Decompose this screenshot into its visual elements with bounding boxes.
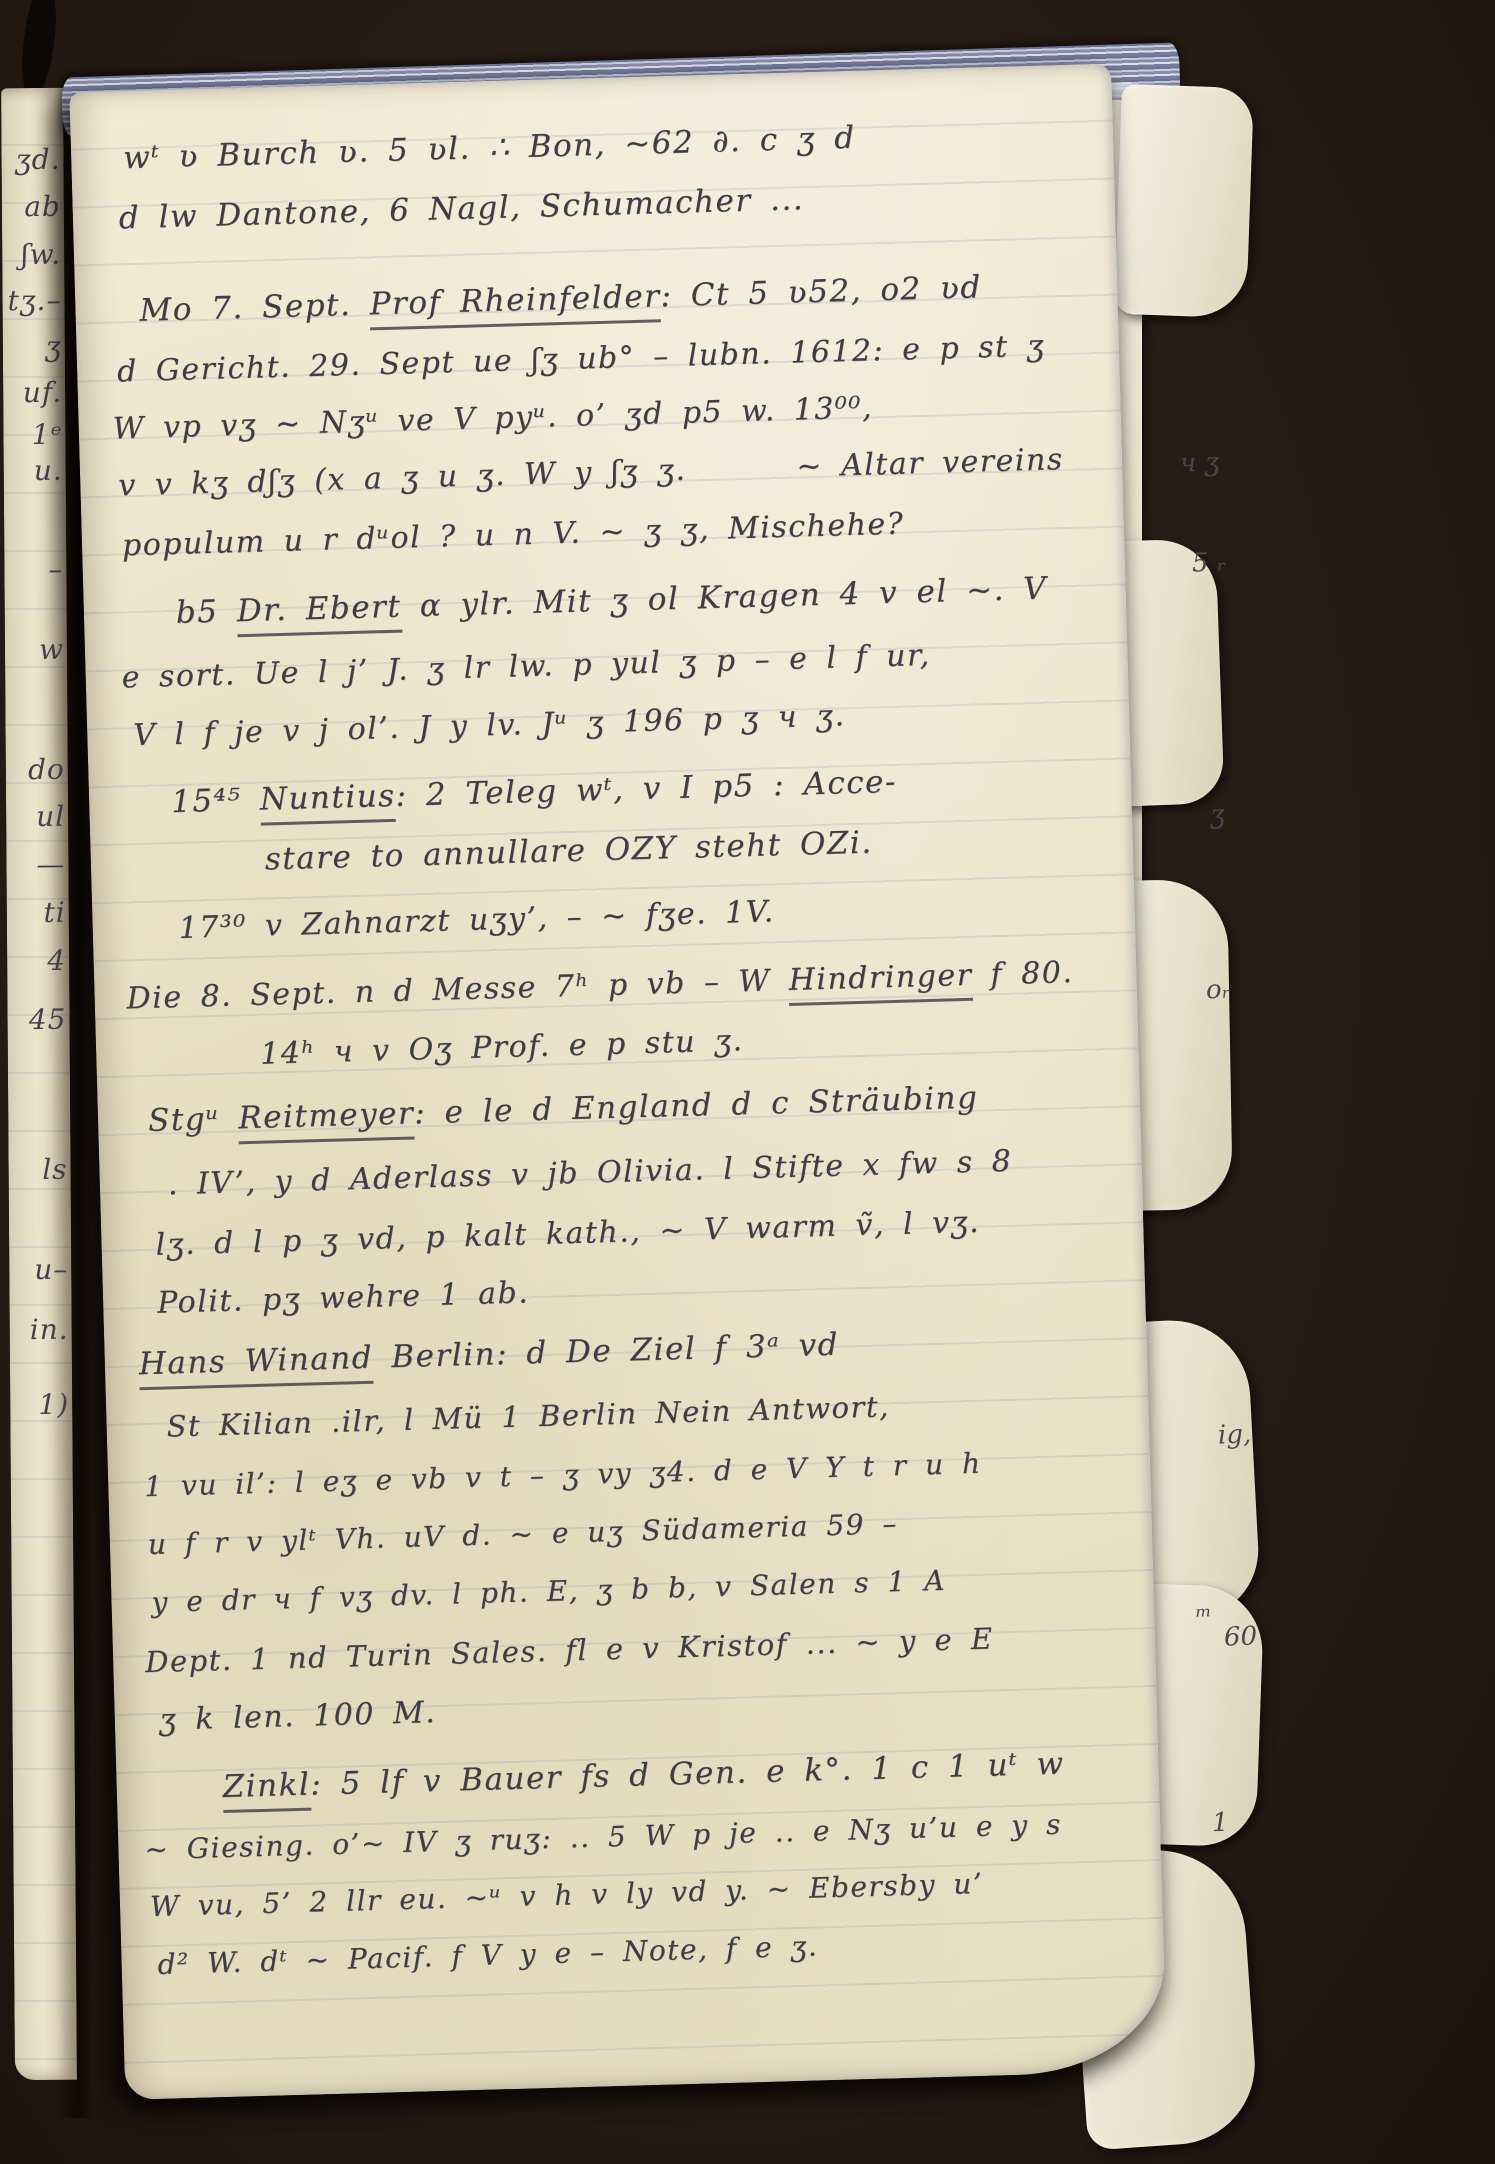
left-sliver-fragment: in. [30, 1313, 69, 1346]
handwriting-line: d lw Dantone, 6 Nagl, Schumacher ... [118, 184, 804, 234]
handwriting-segment: lʒ. d l p ʒ vd, p kalt kath., ~ V warm ṽ… [155, 1205, 980, 1263]
handwriting-segment: V l f je v j ol’. J y lv. Jᵘ ʒ 196 p ʒ ч… [133, 698, 846, 753]
right-edge-fragment: oᵣ [1205, 975, 1231, 1006]
left-sliver-fragment: 1ᵉ [32, 418, 63, 451]
right-edge-fragment: ʒ [1209, 800, 1225, 830]
handwriting-line: d² W. dᵗ ~ Pacif. f V y e – Note, f e ʒ. [157, 1932, 818, 1978]
handwriting-segment: ~ Giesing. o’~ IV ʒ ruʒ: .. 5 W p je .. … [144, 1808, 1062, 1867]
left-sliver-fragment: — [36, 848, 65, 881]
handwriting-segment: W vp vʒ ~ Nʒᵘ ve V pyᵘ. o’ ʒd p5 w. 13⁰⁰… [112, 390, 873, 446]
left-sliver-fragment: – [48, 553, 63, 586]
handwriting-line: Polit. pʒ wehre 1 ab. [157, 1278, 530, 1318]
left-sliver-fragment: u. [34, 454, 63, 487]
left-sliver-fragment: 45 [29, 1003, 67, 1036]
handwriting-line: populum u r dᵘol ? u n V. ~ ʒ ʒ, Mischeh… [122, 510, 905, 562]
left-sliver-fragment: ti [43, 896, 65, 929]
handwriting-line: 15⁴⁵ Nuntius: 2 Teleg wᵗ, v I p5 : Acce- [171, 767, 898, 818]
handwriting-line: u f r v ylᵗ Vh. uV d. ~ e uʒ Südameria 5… [148, 1510, 899, 1559]
handwriting-underlined-name: Hans Winand [138, 1340, 373, 1391]
handwriting-line: stare to annullare OZY steht OZi. [264, 828, 873, 876]
handwriting-segment: Dept. 1 nd Turin Sales. fl e v Kristof .… [145, 1621, 994, 1679]
handwriting-segment: y e dr ч f vʒ dv. l ph. E, ʒ b b, v Sale… [151, 1564, 946, 1619]
handwriting-line: 17³⁰ v Zahnarzt uʒy’, – ~ fʒe. 1V. [178, 897, 775, 944]
right-edge-fragment: ig, [1217, 1419, 1251, 1450]
handwriting-line: Mo 7. Sept. Prof Rheinfelder: Ct 5 ʋ52, … [139, 272, 982, 327]
handwriting-line: ~ Giesing. o’~ IV ʒ ruʒ: .. 5 W p je .. … [144, 1811, 1062, 1865]
handwriting-segment: : e le d England d c Sträubing [414, 1080, 979, 1132]
left-sliver-fragment: w [39, 633, 64, 666]
handwriting-segment: : Ct 5 ʋ52, o2 ʋd [660, 269, 982, 314]
handwriting-line: Hans Winand Berlin: d De Ziel f 3ᵃ vd [138, 1330, 839, 1381]
handwriting-underlined-name: Prof Rheinfelder [369, 278, 661, 330]
handwriting-line: e sort. Ue l j’ J. ʒ lr lw. p yul ʒ p – … [121, 641, 931, 694]
right-edge-fragment: 60 [1223, 1621, 1257, 1652]
handwriting-line: W vp vʒ ~ Nʒᵘ ve V pyᵘ. o’ ʒd p5 w. 13⁰⁰… [112, 393, 873, 444]
left-sliver-fragment: ls [42, 1153, 68, 1186]
left-sliver-fragment: ʃw. [21, 238, 61, 271]
handwriting-line: Zinkl: 5 lf v Bauer fs d Gen. e k°. 1 c … [222, 1749, 1065, 1804]
handwriting-segment: : 2 Teleg wᵗ, v I p5 : Acce- [395, 764, 897, 814]
handwriting-segment: wᵗ ʋ Burch ʋ. 5 ʋl. ∴ Bon, ~62 ∂. c ʒ d [123, 120, 856, 176]
handwriting-line: 1 vu il’: l eʒ e vb v t – ʒ vy ʒ4. d e V… [144, 1450, 982, 1501]
handwriting-segment: Berlin: d De Ziel f 3ᵃ vd [373, 1327, 840, 1376]
handwriting-line: b5 Dr. Ebert α ylr. Mit ʒ ol Kragen 4 v … [175, 574, 1047, 629]
handwriting-line: Die 8. Sept. n d Messe 7ʰ p vb – W Hindr… [126, 958, 1074, 1014]
handwriting-line: W vu, 5’ 2 llr eu. ~ᵘ v h v ly vd y. ~ E… [150, 1870, 984, 1921]
handwriting-segment: Mo 7. Sept. [139, 286, 370, 328]
handwriting-line: v v kʒ dʃʒ (x a ʒ u ʒ. W y ʃʒ ʒ.~ Altar … [118, 445, 1064, 501]
dark-background-streak [17, 0, 60, 97]
handwriting-line: V l f je v j ol’. J y lv. Jᵘ ʒ 196 p ʒ ч… [133, 701, 846, 751]
handwriting-segment: . IV’, y d Aderlass v jb Olivia. l Stift… [167, 1144, 1012, 1203]
scanned-notebook-scene: ʒd.abʃw.tʒ.–ʒuf.1ᵉu.–wdoul—ti445lsu–in.1… [0, 0, 1495, 2164]
handwriting-line: 14ʰ ч v Oʒ Prof. e p stu ʒ. [260, 1026, 744, 1069]
handwriting-line: y e dr ч f vʒ dv. l ph. E, ʒ b b, v Sale… [151, 1567, 946, 1617]
left-sliver-fragment: ul [36, 800, 65, 833]
handwriting-line: d Gericht. 29. Sept ue ʃʒ ub° – lubn. 16… [117, 332, 1046, 388]
left-sliver-fragment: ʒ [45, 330, 62, 363]
handwriting-line: lʒ. d l p ʒ vd, p kalt kath., ~ V warm ṽ… [155, 1208, 980, 1261]
handwriting-segment: Die 8. Sept. n d Messe 7ʰ p vb – W [126, 963, 789, 1016]
handwriting-segment: ʒ k len. 100 M. [158, 1695, 436, 1738]
handwriting-segment: Stgᵘ [148, 1100, 239, 1139]
handwriting-line: ʒ k len. 100 M. [158, 1698, 436, 1736]
handwriting-segment: α ylr. Mit ʒ ol Kragen 4 v el ~. V [401, 571, 1048, 625]
handwriting-segment: Polit. pʒ wehre 1 ab. [157, 1275, 530, 1320]
left-sliver-fragment: ab [24, 190, 61, 223]
handwriting-segment: ~ Altar vereins [796, 442, 1064, 484]
handwriting-segment: 17³⁰ v Zahnarzt uʒy’, – ~ fʒe. 1V. [178, 894, 775, 946]
left-sliver-fragment: ʒd. [15, 143, 61, 176]
handwriting-underlined-name: Nuntius [259, 778, 396, 826]
handwriting-segment: b5 [175, 593, 237, 631]
notebook-page: wᵗ ʋ Burch ʋ. 5 ʋl. ∴ Bon, ~62 ∂. c ʒ dd… [69, 64, 1167, 2100]
left-sliver-fragment: do [28, 753, 65, 786]
handwriting-segment: e sort. Ue l j’ J. ʒ lr lw. p yul ʒ p – … [121, 638, 931, 696]
handwriting-segment: 1 vu il’: l eʒ e vb v t – ʒ vy ʒ4. d e V… [144, 1447, 982, 1503]
handwriting-underlined-name: Hindringer [788, 958, 973, 1006]
handwriting-underlined-name: Dr. Ebert [236, 589, 402, 638]
handwriting-underlined-name: Reitmeyer [238, 1095, 415, 1144]
handwriting-segment: v v kʒ dʃʒ (x a ʒ u ʒ. W y ʃʒ ʒ. [118, 453, 687, 504]
handwriting-segment: 15⁴⁵ [171, 782, 261, 820]
right-edge-fragment: 5 ᵣ [1191, 547, 1226, 578]
handwriting-segment: 14ʰ ч v Oʒ Prof. e p stu ʒ. [260, 1023, 744, 1071]
handwriting-line: Dept. 1 nd Turin Sales. fl e v Kristof .… [145, 1624, 994, 1677]
handwriting-segment: populum u r dᵘol ? u n V. ~ ʒ ʒ, Mischeh… [122, 507, 905, 564]
handwriting-segment: St Kilian .ilr, l Mü 1 Berlin Nein Antwo… [166, 1389, 890, 1443]
handwriting-segment: W vu, 5’ 2 llr eu. ~ᵘ v h v ly vd y. ~ E… [150, 1867, 984, 1923]
left-sliver-fragment: uf. [23, 376, 63, 409]
handwriting-line: . IV’, y d Aderlass v jb Olivia. l Stift… [167, 1147, 1012, 1201]
left-sliver-fragment: 4 [47, 944, 66, 977]
right-edge-fragment: 1 [1211, 1808, 1229, 1839]
left-sliver-fragment: 1) [38, 1388, 69, 1421]
right-edge-fragment: ᵐ [1195, 1602, 1212, 1633]
left-sliver-fragment: tʒ.– [7, 284, 61, 317]
left-sliver-fragment: u– [34, 1253, 68, 1286]
handwriting-segment: f 80. [972, 955, 1074, 993]
torn-page-edge [1114, 84, 1254, 318]
handwriting-segment: d lw Dantone, 6 Nagl, Schumacher ... [118, 181, 804, 236]
handwriting-segment: u f r v ylᵗ Vh. uV d. ~ e uʒ Südameria 5… [147, 1507, 898, 1561]
handwriting-segment: : 5 lf v Bauer fs d Gen. e k°. 1 c 1 uᵗ … [310, 1746, 1065, 1803]
handwriting-segment: stare to annullare OZY steht OZi. [264, 825, 873, 878]
handwriting-underlined-name: Zinkl [222, 1767, 311, 1813]
handwriting-segment: d² W. dᵗ ~ Pacif. f V y e – Note, f e ʒ. [157, 1929, 818, 1980]
handwriting-line: wᵗ ʋ Burch ʋ. 5 ʋl. ∴ Bon, ~62 ∂. c ʒ d [123, 123, 856, 174]
handwriting-line: St Kilian .ilr, l Mü 1 Berlin Nein Antwo… [166, 1392, 890, 1441]
right-edge-fragment: ч ʒ [1179, 447, 1219, 478]
handwriting-line: Stgᵘ Reitmeyer: e le d England d c Sträu… [148, 1083, 979, 1137]
handwriting-segment: d Gericht. 29. Sept ue ʃʒ ub° – lubn. 16… [117, 329, 1046, 390]
